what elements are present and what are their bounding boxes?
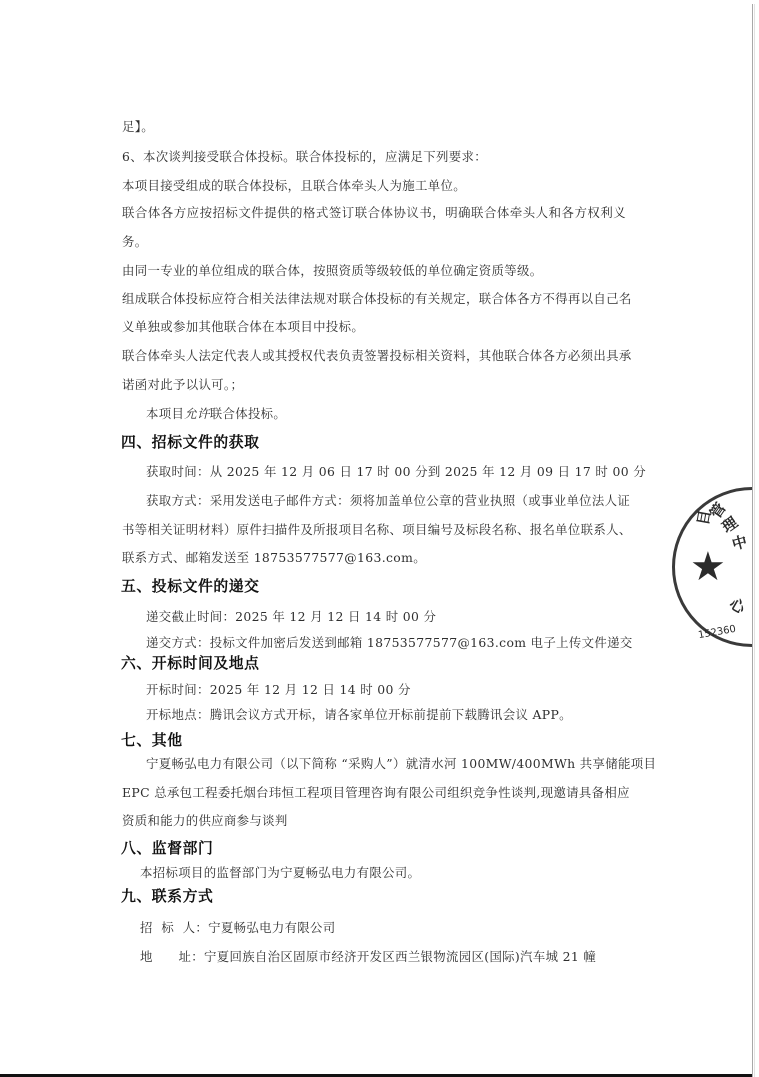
text-line: 递交截止时间：2025 年 12 月 12 日 14 时 00 分	[146, 609, 436, 625]
text-line: 本招标项目的监督部门为宁夏畅弘电力有限公司。	[140, 865, 420, 881]
text-line: 组成联合体投标应符合相关法律法规对联合体投标的有关规定，联合体各方不得再以自己名	[122, 291, 626, 307]
section-heading: 九、联系方式	[121, 889, 213, 905]
contact-tenderer: 招 标 人：宁夏畅弘电力有限公司	[140, 920, 336, 936]
section-heading: 八、监督部门	[121, 841, 213, 857]
text-line: 宁夏畅弘电力有限公司（以下简称 “采购人”）就清水河 100MW/400MWh …	[146, 756, 626, 772]
text-span: 联合体投标。	[210, 406, 286, 421]
joint-bid-statement: 本项目允许联合体投标。	[146, 406, 286, 422]
text-line: 资质和能力的供应商参与谈判	[122, 813, 288, 829]
field-value: 宁夏畅弘电力有限公司	[208, 920, 335, 935]
text-line: 务。	[122, 234, 147, 250]
text-span: 本项目	[146, 406, 184, 421]
page-edge-shadow	[754, 4, 755, 1077]
text-line: 获取方式：采用发送电子邮件方式：须将加盖单位公章的营业执照（或事业单位法人证	[146, 493, 626, 509]
text-line: 联合体各方应按招标文件提供的格式签订联合体协议书，明确联合体牵头人和各方权利义	[122, 205, 626, 221]
text-line: EPC 总承包工程委托烟台玮恒工程项目管理咨询有限公司组织竞争性谈判,现邀请具备…	[122, 785, 626, 801]
section-heading: 六、开标时间及地点	[121, 656, 260, 672]
document-page: 足】。 6、本次谈判接受联合体投标。联合体投标的，应满足下列要求： 本项目接受组…	[0, 0, 759, 1077]
text-line: 获取时间：从 2025 年 12 月 06 日 17 时 00 分到 2025 …	[146, 464, 646, 480]
section-heading: 七、其他	[121, 733, 183, 749]
star-icon: ★	[690, 547, 726, 587]
text-line: 联系方式、邮箱发送至 18753577577@163.com。	[122, 550, 426, 566]
text-line: 足】。	[122, 119, 154, 135]
text-line: 由同一专业的单位组成的联合体，按照资质等级较低的单位确定资质等级。	[122, 263, 542, 279]
field-label: 招 标 人：	[140, 920, 208, 935]
text-line: 义单独或参加其他联合体在本项目中投标。	[122, 319, 364, 335]
text-line: 诺函对此予以认可。；	[122, 377, 243, 393]
text-line: 6、本次谈判接受联合体投标。联合体投标的，应满足下列要求：	[122, 149, 487, 165]
field-label: 地 址：	[140, 949, 204, 964]
page-edge-right	[752, 4, 753, 1077]
text-line: 联合体牵头人法定代表人或其授权代表负责签署投标相关资料，其他联合体各方必须出具承	[122, 348, 626, 364]
allowed-text: 允许	[184, 406, 209, 421]
contact-address: 地 址：宁夏回族自治区固原市经济开发区西兰银物流园区(国际)汽车城 21 幢	[140, 949, 596, 965]
text-line: 递交方式：投标文件加密后发送到邮箱 18753577577@163.com 电子…	[146, 635, 633, 651]
text-line: 开标时间：2025 年 12 月 12 日 14 时 00 分	[146, 682, 411, 698]
text-line: 书等相关证明材料）原件扫描件及所报项目名称、项目编号及标段名称、报名单位联系人、	[122, 522, 626, 538]
field-value: 宁夏回族自治区固原市经济开发区西兰银物流园区(国际)汽车城 21 幢	[204, 949, 596, 964]
section-heading: 四、招标文件的获取	[121, 435, 260, 451]
official-seal: 目 管 理 中 心 ★ 152360	[660, 470, 752, 660]
text-line: 开标地点：腾讯会议方式开标，请各家单位开标前提前下载腾讯会议 APP。	[146, 707, 572, 723]
text-line: 本项目接受组成的联合体投标，且联合体牵头人为施工单位。	[122, 178, 466, 194]
section-heading: 五、投标文件的递交	[121, 579, 260, 595]
